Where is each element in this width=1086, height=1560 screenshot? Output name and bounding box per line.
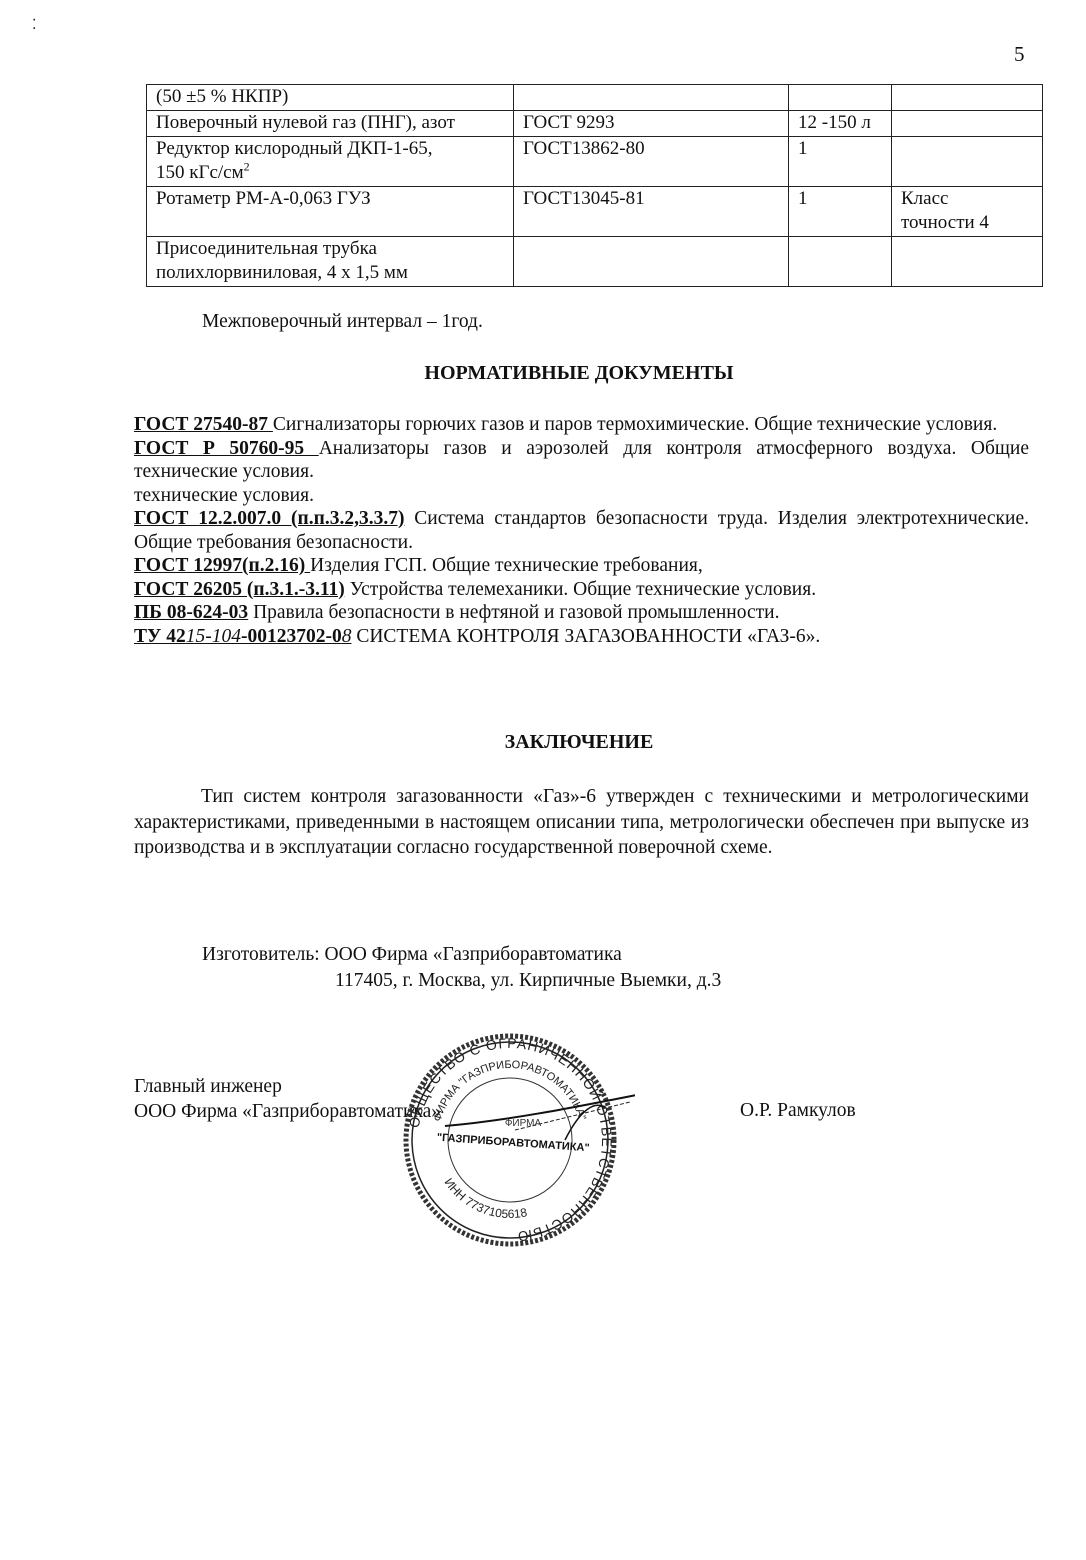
table-row: Присоединительная трубка полихлорвинилов… [147,237,1043,287]
table-cell [892,85,1043,111]
table-cell: 1 [789,137,892,187]
cell-line: точности 4 [901,212,989,233]
table-cell: Ротаметр РМ-А-0,063 ГУЗ [147,187,514,237]
table-cell [789,85,892,111]
table-cell: ГОСТ13862-80 [514,137,789,187]
handwritten-code-part: 15-104 [186,626,241,647]
normative-item: ГОСТ Р 50760-95 Анализаторы газов и аэро… [134,437,1029,484]
table-cell [514,237,789,287]
verification-interval: Межповерочный интервал – 1год. [202,310,483,334]
table-cell [892,111,1043,137]
table-cell: 12 -150 л [789,111,892,137]
table-cell: Присоединительная трубка полихлорвинилов… [147,237,514,287]
conclusion-paragraph: Тип систем контроля загазованности «Газ»… [134,784,1029,861]
equipment-table: (50 ±5 % НКПР) Поверочный нулевой газ (П… [146,84,1043,287]
table-cell: Редуктор кислородный ДКП-1-65, 150 кГс/с… [147,137,514,187]
normative-item: ГОСТ 27540-87 Сигнализаторы горючих газо… [134,413,1029,437]
table-row: Редуктор кислородный ДКП-1-65, 150 кГс/с… [147,137,1043,187]
cell-line: 150 кГс/см [156,162,244,183]
normative-documents-list: ГОСТ 27540-87 Сигнализаторы горючих газо… [134,413,1029,648]
svg-text:ИНН 7737105618: ИНН 7737105618 [442,1175,529,1221]
seal-inn-text: ИНН 7737105618 [442,1175,529,1221]
document-title: Правила безопасности в нефтяной и газово… [248,602,779,623]
normative-item: ГОСТ 26205 (п.3.1.-3.11) Устройства теле… [134,578,1029,602]
document-code: ТУ 4215-104-00123702-08 [134,626,351,647]
cell-line: полихлорвиниловая, 4 х 1,5 мм [156,262,408,283]
seal-center-top: ФИРМА [505,1118,542,1129]
cell-line: Присоединительная трубка [156,238,377,259]
table-cell: Класс точности 4 [892,187,1043,237]
table-cell: (50 ±5 % НКПР) [147,85,514,111]
normative-item: ПБ 08-624-03 Правила безопасности в нефт… [134,601,1029,625]
table-cell [892,137,1043,187]
section-heading-normative: НОРМАТИВНЫЕ ДОКУМЕНТЫ [36,361,1086,385]
document-code: ГОСТ 26205 (п.3.1.-3.11) [134,579,345,600]
document-code: ГОСТ Р 50760-95 [134,438,319,459]
manufacturer-address: 117405, г. Москва, ул. Кирпичные Выемки,… [335,969,721,993]
table-row: Ротаметр РМ-А-0,063 ГУЗ ГОСТ13045-81 1 К… [147,187,1043,237]
normative-item: ГОСТ 12.2.007.0 (п.п.3.2,3.3.7) Система … [134,507,1029,554]
table-cell: ГОСТ13045-81 [514,187,789,237]
document-title: Сигнализаторы горючих газов и паров терм… [273,414,997,435]
signatory-name: О.Р. Рамкулов [740,1099,856,1123]
table-cell: ГОСТ 9293 [514,111,789,137]
table-cell: 1 [789,187,892,237]
document-code: ГОСТ 12997(п.2.16) [134,555,310,576]
cell-line: Класс [901,188,948,209]
normative-item: ГОСТ 12997(п.2.16) Изделия ГСП. Общие те… [134,554,1029,578]
handwritten-code-part: 8 [342,626,352,647]
document-code: ПБ 08-624-03 [134,602,248,623]
normative-item: технические условия. [134,484,1029,508]
section-heading-conclusion: ЗАКЛЮЧЕНИЕ [36,730,1086,754]
conclusion-body: Тип систем контроля загазованности «Газ»… [134,784,1029,861]
document-title: Изделия ГСП. Общие технические требовани… [310,555,703,576]
table-cell [789,237,892,287]
code-middle: -00123702-0 [241,626,342,647]
table-cell [514,85,789,111]
document-code: ГОСТ 27540-87 [134,414,273,435]
superscript: 2 [244,160,250,174]
document-title: СИСТЕМА КОНТРОЛЯ ЗАГАЗОВАННОСТИ «ГАЗ-6». [351,626,820,647]
table-cell: Поверочный нулевой газ (ПНГ), азот [147,111,514,137]
page-number: 5 [1014,42,1025,66]
table-row: (50 ±5 % НКПР) [147,85,1043,111]
code-prefix: ТУ 42 [134,626,186,647]
company-seal-icon: ОБЩЕСТВО С ОГРАНИЧЕННОЙ ОТВЕТСТВЕННОСТЬЮ… [385,1030,635,1250]
cell-line: Редуктор кислородный ДКП-1-65, [156,138,433,159]
document-code: ГОСТ 12.2.007.0 (п.п.3.2,3.3.7) [134,508,404,529]
manufacturer-label: Изготовитель: ООО Фирма «Газприборавтома… [202,943,622,967]
table-cell [892,237,1043,287]
normative-item: ТУ 4215-104-00123702-08 СИСТЕМА КОНТРОЛЯ… [134,625,1029,649]
document-title: Устройства телемеханики. Общие техническ… [345,579,816,600]
document-title: технические условия. [134,485,314,506]
corner-mark: ⁚ [32,14,36,38]
table-row: Поверочный нулевой газ (ПНГ), азот ГОСТ … [147,111,1043,137]
